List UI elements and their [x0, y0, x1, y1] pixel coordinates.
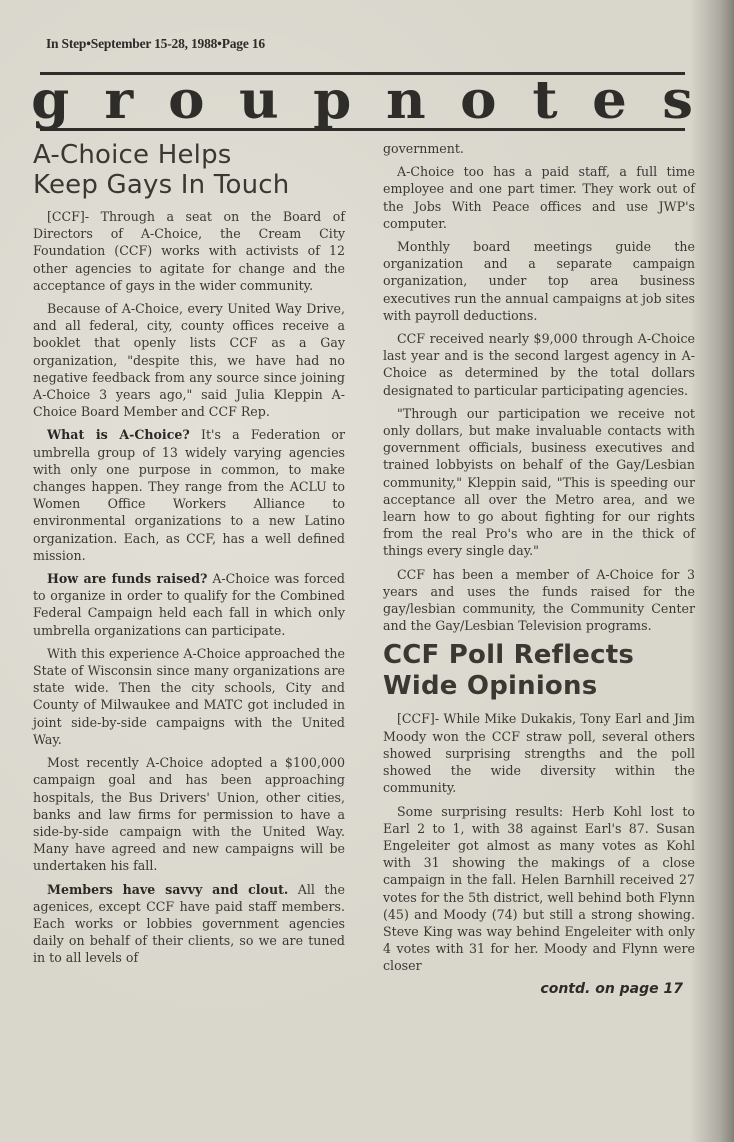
article2-headline: CCF Poll Reflects Wide Opinions	[383, 640, 695, 702]
masthead-letter: s	[662, 74, 693, 128]
article-paragraph: [CCF]- Through a seat on the Board of Di…	[33, 208, 345, 294]
paragraph-text: Some surprising results: Herb Kohl lost …	[383, 804, 695, 974]
paragraph-text: A-Choice too has a paid staff, a full ti…	[383, 164, 695, 231]
masthead-letter: t	[532, 74, 557, 128]
continued-on-page-link: contd. on page 17	[383, 981, 695, 998]
headline-line: CCF Poll Reflects	[383, 640, 634, 670]
paragraph-text: It's a Federation or umbrella group of 1…	[33, 427, 345, 562]
paragraph-text: "Through our participation we receive no…	[383, 406, 695, 559]
paragraph-text: CCF has been a member of A-Choice for 3 …	[383, 567, 695, 634]
article-paragraph: Because of A-Choice, every United Way Dr…	[33, 300, 345, 420]
paragraph-text: Most recently A-Choice adopted a $100,00…	[33, 755, 345, 873]
page-folio: In Step•September 15-28, 1988•Page 16	[46, 36, 265, 52]
paragraph-text: government.	[383, 141, 464, 156]
masthead-letter: p	[313, 74, 351, 128]
section-masthead: g r o u p n o t e s	[32, 74, 692, 128]
masthead-letter: e	[592, 74, 627, 128]
left-column: A-Choice Helps Keep Gays In Touch [CCF]-…	[33, 140, 345, 973]
article-paragraph: Most recently A-Choice adopted a $100,00…	[33, 754, 345, 874]
article-paragraph: CCF received nearly $9,000 through A-Cho…	[383, 330, 695, 399]
paragraph-text: [CCF]- Through a seat on the Board of Di…	[33, 209, 345, 293]
subhead-lead: What is A-Choice?	[47, 427, 190, 442]
article-paragraph: Members have savvy and clout. All the ag…	[33, 881, 345, 967]
paragraph-text: CCF received nearly $9,000 through A-Cho…	[383, 331, 695, 398]
subhead-lead: Members have savvy and clout.	[47, 882, 288, 897]
article-paragraph: "Through our participation we receive no…	[383, 405, 695, 560]
article-paragraph: [CCF]- While Mike Dukakis, Tony Earl and…	[383, 710, 695, 796]
headline-line: Keep Gays In Touch	[33, 170, 289, 200]
article-paragraph: What is A-Choice? It's a Federation or u…	[33, 426, 345, 564]
article1-headline: A-Choice Helps Keep Gays In Touch	[33, 140, 345, 200]
paragraph-text: Monthly board meetings guide the organiz…	[383, 239, 695, 323]
masthead-letter: g	[31, 74, 69, 128]
masthead-letter: n	[386, 74, 426, 128]
masthead-letter: o	[460, 74, 496, 128]
masthead-letter: r	[104, 74, 133, 128]
masthead-letter: o	[168, 74, 204, 128]
headline-line: A-Choice Helps	[33, 140, 232, 170]
article-paragraph: government.	[383, 140, 695, 157]
article-paragraph: How are funds raised? A-Choice was force…	[33, 570, 345, 639]
paragraph-text: With this experience A-Choice approached…	[33, 646, 345, 747]
subhead-lead: How are funds raised?	[47, 571, 207, 586]
article-paragraph: Some surprising results: Herb Kohl lost …	[383, 803, 695, 975]
article-paragraph: CCF has been a member of A-Choice for 3 …	[383, 566, 695, 635]
article-paragraph: Monthly board meetings guide the organiz…	[383, 238, 695, 324]
article-paragraph: A-Choice too has a paid staff, a full ti…	[383, 163, 695, 232]
paragraph-text: Because of A-Choice, every United Way Dr…	[33, 301, 345, 419]
paragraph-text: [CCF]- While Mike Dukakis, Tony Earl and…	[383, 711, 695, 795]
headline-line: Wide Opinions	[383, 671, 597, 701]
article-paragraph: With this experience A-Choice approached…	[33, 645, 345, 748]
masthead-bottom-rule	[40, 128, 685, 131]
masthead-letter: u	[239, 74, 279, 128]
right-column: government. A-Choice too has a paid staf…	[383, 140, 695, 998]
